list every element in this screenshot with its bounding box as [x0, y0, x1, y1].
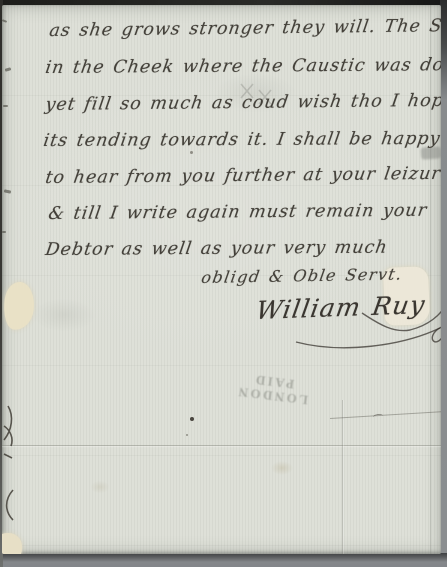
- ink-speck: [186, 434, 188, 436]
- manuscript-line-5: to hear from you further at your leizure: [44, 164, 441, 188]
- manuscript-line-2: in the Cheek where the Caustic was does …: [44, 55, 441, 78]
- edge-mark: [2, 19, 7, 23]
- letter-closing: obligd & Oble Servt.: [200, 265, 404, 287]
- manuscript-line-1: as she grows stronger they will. The Sor…: [48, 16, 441, 41]
- scan-background-bottom-edge: [0, 553, 447, 567]
- paper-fold-horizontal: [2, 445, 441, 446]
- manuscript-line-3: yet fill so much as coud wish tho I hope: [44, 91, 441, 115]
- paper-scratch-mark: [373, 413, 384, 419]
- edge-mark: [2, 231, 6, 233]
- edge-mark: [5, 67, 12, 71]
- edge-ink-fragment: [2, 402, 18, 527]
- scan-background-right-edge: [440, 0, 447, 567]
- edge-mark: [4, 189, 11, 193]
- signature-flourish: [290, 297, 441, 355]
- paper-scratch-line: [330, 411, 441, 419]
- letter-page: as she grows stronger they will. The Sor…: [2, 5, 441, 554]
- paper-repair-patch-left: [2, 280, 37, 331]
- paper-crease-vertical: [430, 5, 431, 554]
- paper-repair-patch-corner: [2, 533, 22, 554]
- edge-mark: [3, 105, 8, 107]
- manuscript-line-4: its tending towards it. I shall be happy: [42, 129, 441, 151]
- ink-speck: [190, 151, 193, 154]
- manuscript-line-7: Debtor as well as your very much: [44, 238, 389, 260]
- scanned-letter-photo: { "letter": { "lines": [ "as she grows s…: [0, 0, 447, 567]
- paper-fold-vertical: [342, 400, 343, 554]
- manuscript-line-6: & till I write again must remain your: [47, 201, 429, 224]
- postmark-stamp: LONDON PAID: [227, 369, 320, 408]
- ink-blot: [190, 417, 194, 421]
